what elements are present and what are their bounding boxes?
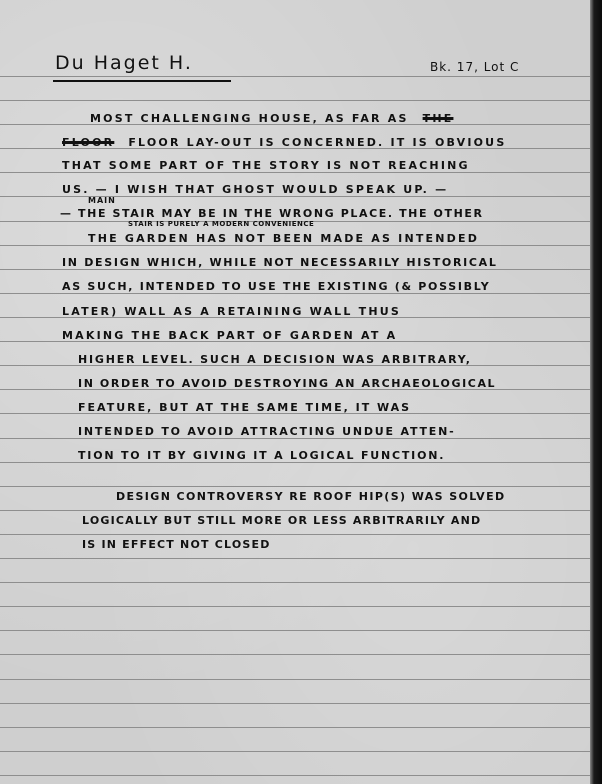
- ruled-line: [0, 654, 590, 655]
- struck-word: floor: [62, 136, 114, 149]
- text-line: us. — I wish that ghost would speak up. …: [62, 183, 448, 196]
- ruled-line: [0, 751, 590, 752]
- text-line: in design which, while not necessarily h…: [62, 256, 498, 269]
- text-line: that some part of the story is not reach…: [62, 159, 470, 172]
- ruled-line: [0, 172, 590, 173]
- ruled-line: [0, 630, 590, 631]
- ruled-line: [0, 510, 590, 511]
- text-line: intended to avoid attracting undue atten…: [78, 425, 456, 438]
- inserted-line: stair is purely a modern convenience: [128, 220, 314, 228]
- text-line: is in effect not closed: [82, 538, 271, 551]
- text-line: — The stair may be in the wrong place. T…: [60, 207, 484, 220]
- title-underline: [53, 80, 231, 82]
- notebook-page: Du Haget H. Bk. 17, Lot C Most challengi…: [0, 0, 590, 784]
- ruled-line: [0, 100, 590, 101]
- ruled-line: [0, 679, 590, 680]
- ruled-line: [0, 438, 590, 439]
- ruled-line: [0, 775, 590, 776]
- ruled-line: [0, 703, 590, 704]
- text-line: making the back part of garden at a: [62, 329, 397, 342]
- ruled-line: [0, 606, 590, 607]
- ruled-line: [0, 76, 590, 77]
- text-line: in order to avoid destroying an archaeol…: [78, 377, 496, 390]
- document-reference: Bk. 17, Lot C: [430, 60, 519, 74]
- text-line: Design controversy re roof hip(s) was so…: [116, 490, 506, 503]
- text-line: floor floor lay-out is concerned. It is …: [62, 136, 506, 149]
- ruled-line: [0, 582, 590, 583]
- text-line: logically but still more or less arbitra…: [82, 514, 481, 527]
- ruled-line: [0, 245, 590, 246]
- text-line: tion to it by giving it a logical functi…: [78, 449, 445, 462]
- document-title: Du Haget H.: [55, 52, 193, 74]
- text-line: feature, but at the same time, it was: [78, 401, 411, 414]
- text-line: Most challenging house, as far as the: [90, 112, 453, 125]
- ruled-line: [0, 558, 590, 559]
- ruled-line: [0, 293, 590, 294]
- scan-edge: [590, 0, 602, 784]
- ruled-line: [0, 486, 590, 487]
- text-line: higher level. Such a decision was arbitr…: [78, 353, 472, 366]
- ruled-line: [0, 462, 590, 463]
- ruled-line: [0, 534, 590, 535]
- inserted-word: main: [88, 196, 116, 205]
- text-line: as such, intended to use the existing (&…: [62, 280, 490, 293]
- text-line: The garden has not been made as intended: [88, 232, 479, 245]
- struck-word: the: [423, 112, 454, 125]
- ruled-line: [0, 269, 590, 270]
- text-line: later) wall as a retaining wall thus: [62, 305, 401, 318]
- ruled-line: [0, 727, 590, 728]
